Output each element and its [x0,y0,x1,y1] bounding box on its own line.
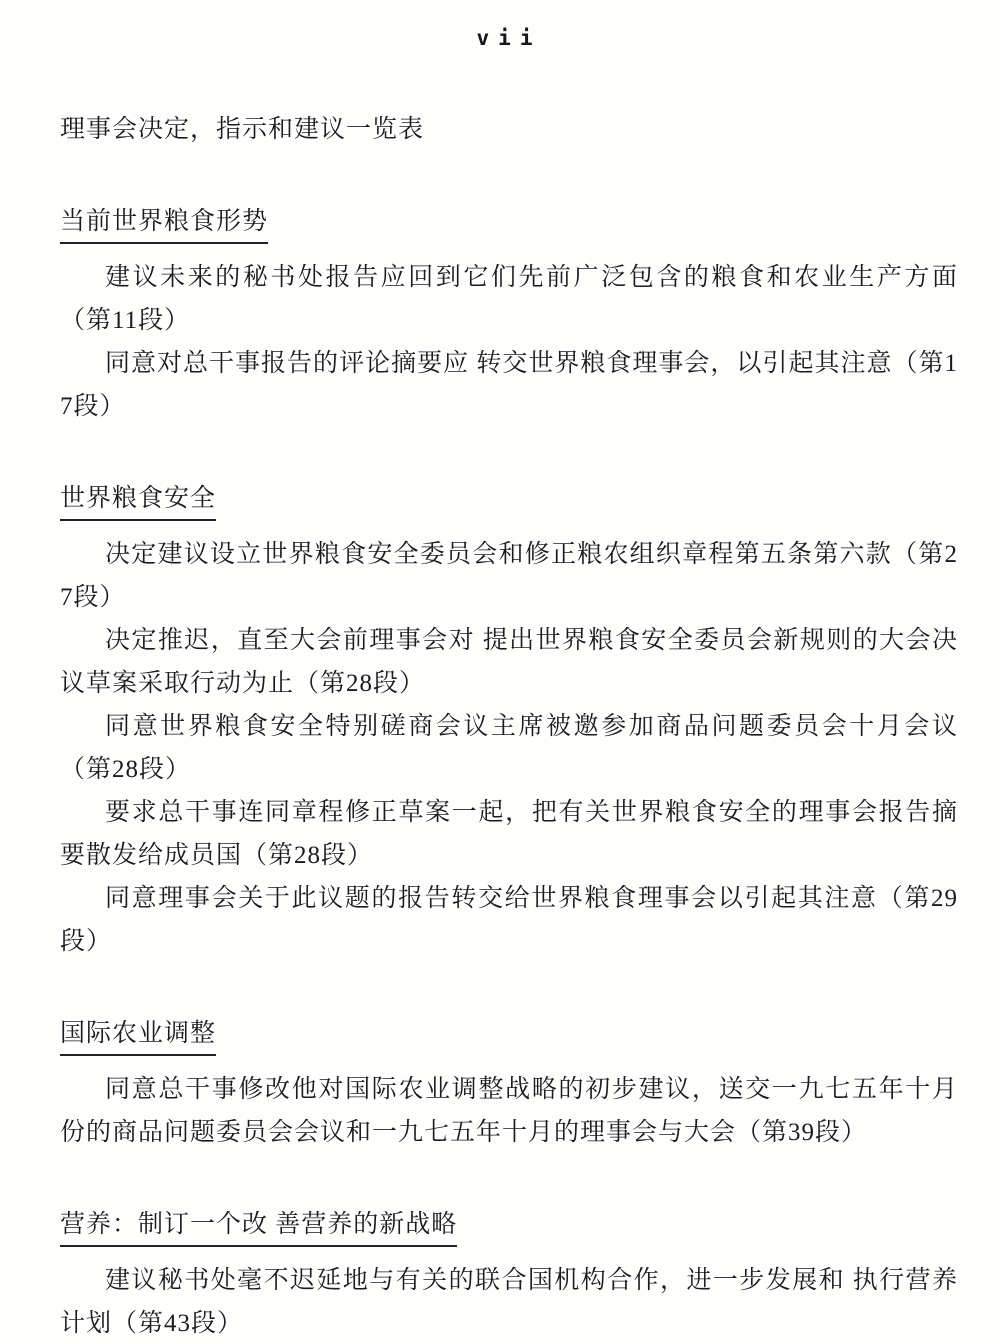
paragraph: 同意理事会关于此议题的报告转交给世界粮食理事会以引起其注意（第29段） [60,877,958,963]
paragraph: 建议未来的秘书处报告应回到它们先前广泛包含的粮食和农业生产方面（第11段） [60,256,958,342]
section-heading: 世界粮食安全 [60,482,958,521]
section-international-agricultural-adjustment: 国际农业调整 同意总干事修改他对国际农业调整战略的初步建议，送交一九七五年十月份… [60,1017,958,1154]
section-heading-text: 国际农业调整 [60,1017,216,1056]
section-heading: 国际农业调整 [60,1017,958,1056]
paragraph: 决定推迟，直至大会前理事会对 提出世界粮食安全委员会新规则的大会决议草案采取行动… [60,619,958,705]
paragraph: 同意世界粮食安全特别磋商会议主席被邀参加商品问题委员会十月会议（第28段） [60,705,958,791]
section-heading: 当前世界粮食形势 [60,205,958,244]
paragraph: 建议秘书处毫不迟延地与有关的联合国机构合作，进一步发展和 执行营养计划（第43段… [60,1259,958,1344]
paragraph: 决定建议设立世界粮食安全委员会和修正粮农组织章程第五条第六款（第27段） [60,533,958,619]
section-world-food-security: 世界粮食安全 决定建议设立世界粮食安全委员会和修正粮农组织章程第五条第六款（第2… [60,482,958,963]
paragraph: 同意对总干事报告的评论摘要应 转交世界粮食理事会，以引起其注意（第17段） [60,342,958,428]
section-heading-text: 营养：制订一个改 善营养的新战略 [60,1208,457,1247]
section-heading-text: 当前世界粮食形势 [60,205,268,244]
scanned-document-page: vii 理事会决定，指示和建议一览表 当前世界粮食形势 建议未来的秘书处报告应回… [0,0,1000,1344]
section-heading: 营养：制订一个改 善营养的新战略 [60,1208,958,1247]
section-nutrition-new-strategy: 营养：制订一个改 善营养的新战略 建议秘书处毫不迟延地与有关的联合国机构合作，进… [60,1208,958,1344]
document-title: 理事会决定，指示和建议一览表 [60,108,958,151]
paragraph: 同意总干事修改他对国际农业调整战略的初步建议，送交一九七五年十月份的商品问题委员… [60,1068,958,1154]
section-current-world-food-situation: 当前世界粮食形势 建议未来的秘书处报告应回到它们先前广泛包含的粮食和农业生产方面… [60,205,958,428]
paragraph: 要求总干事连同章程修正草案一起，把有关世界粮食安全的理事会报告摘要散发给成员国（… [60,791,958,877]
page-number: vii [60,26,958,50]
section-heading-text: 世界粮食安全 [60,482,216,521]
